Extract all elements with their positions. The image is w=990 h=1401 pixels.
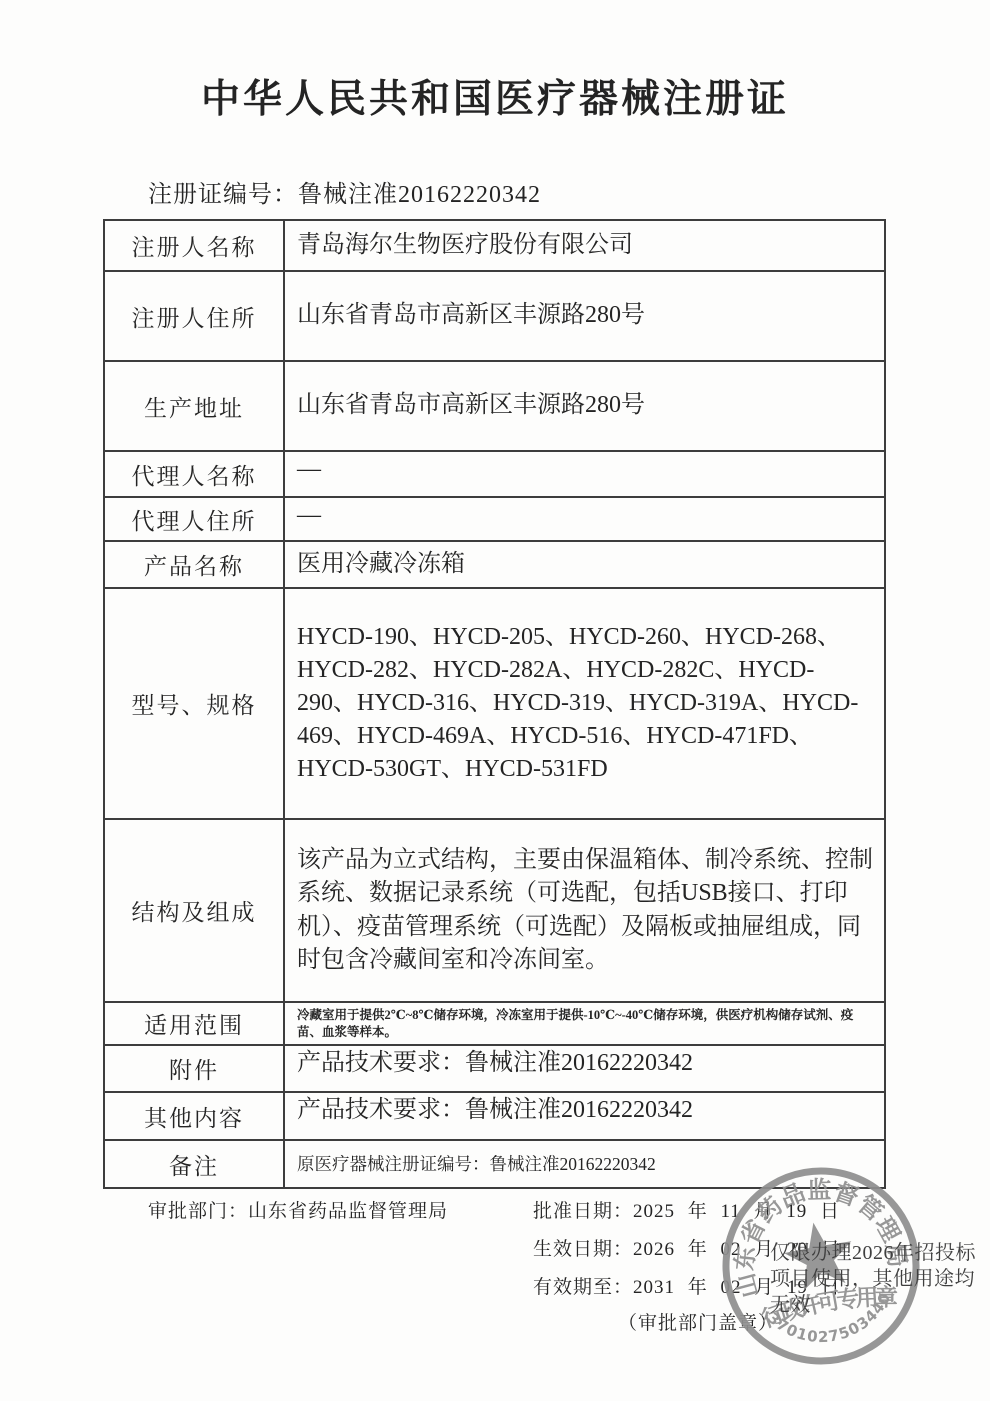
row-value: 医用冷藏冷冻箱 <box>285 542 884 587</box>
table-row-registrant-address: 注册人住所 山东省青岛市高新区丰源路280号 <box>105 272 884 362</box>
table-row-registrant-name: 注册人名称 青岛海尔生物医疗股份有限公司 <box>105 221 884 272</box>
row-label: 其他内容 <box>105 1093 285 1139</box>
table-row-scope: 适用范围 冷藏室用于提供2℃~8℃储存环境，冷冻室用于提供-10℃~-40℃储存… <box>105 1003 884 1046</box>
row-value: HYCD-190、HYCD-205、HYCD-260、HYCD-268、HYCD… <box>285 589 884 818</box>
table-row-agent-name: 代理人名称 — <box>105 452 884 498</box>
row-label: 产品名称 <box>105 542 285 587</box>
approval-department-value: 山东省药品监督管理局 <box>248 1201 448 1222</box>
row-label: 适用范围 <box>105 1003 285 1044</box>
row-value: 青岛海尔生物医疗股份有限公司 <box>285 221 884 270</box>
row-label: 结构及组成 <box>105 820 285 1001</box>
row-label: 生产地址 <box>105 362 285 450</box>
row-label: 备注 <box>105 1141 285 1187</box>
approval-department-label: 审批部门： <box>148 1201 248 1222</box>
table-row-attachment: 附件 产品技术要求：鲁械注准20162220342 <box>105 1046 884 1093</box>
approval-date-label: 批准日期： <box>533 1201 633 1222</box>
certificate-table: 注册人名称 青岛海尔生物医疗股份有限公司 注册人住所 山东省青岛市高新区丰源路2… <box>103 219 886 1189</box>
page-title: 中华人民共和国医疗器械注册证 <box>0 68 990 124</box>
usage-restriction-overlay: 仅限办理2026年招投标项目使用，其他用途均无效 <box>770 1240 990 1318</box>
row-value: 产品技术要求：鲁械注准20162220342 <box>285 1046 884 1091</box>
table-row-model-spec: 型号、规格 HYCD-190、HYCD-205、HYCD-260、HYCD-26… <box>105 589 884 820</box>
row-label: 注册人名称 <box>105 221 285 270</box>
effective-date-label: 生效日期： <box>533 1239 633 1260</box>
certificate-number-label: 注册证编号： <box>148 182 298 208</box>
row-value: 山东省青岛市高新区丰源路280号 <box>285 272 884 360</box>
row-label: 代理人住所 <box>105 498 285 540</box>
row-label: 型号、规格 <box>105 589 285 818</box>
expiry-date-label: 有效期至： <box>533 1277 633 1298</box>
row-value: 山东省青岛市高新区丰源路280号 <box>285 362 884 450</box>
certificate-number-line: 注册证编号：鲁械注准20162220342 <box>148 174 541 209</box>
approval-department-line: 审批部门：山东省药品监督管理局 <box>148 1196 448 1223</box>
row-value: — <box>285 498 884 540</box>
row-label: 代理人名称 <box>105 452 285 496</box>
table-row-product-name: 产品名称 医用冷藏冷冻箱 <box>105 542 884 589</box>
table-row-structure: 结构及组成 该产品为立式结构，主要由保温箱体、制冷系统、控制系统、数据记录系统（… <box>105 820 884 1003</box>
certificate-page: 中华人民共和国医疗器械注册证 注册证编号：鲁械注准20162220342 注册人… <box>0 0 990 1401</box>
table-row-agent-address: 代理人住所 — <box>105 498 884 542</box>
certificate-number-value: 鲁械注准20162220342 <box>298 182 541 208</box>
row-label: 注册人住所 <box>105 272 285 360</box>
row-value: — <box>285 452 884 496</box>
row-value: 该产品为立式结构，主要由保温箱体、制冷系统、控制系统、数据记录系统（可选配，包括… <box>285 820 884 1001</box>
table-row-other-content: 其他内容 产品技术要求：鲁械注准20162220342 <box>105 1093 884 1141</box>
table-row-production-address: 生产地址 山东省青岛市高新区丰源路280号 <box>105 362 884 452</box>
row-value: 产品技术要求：鲁械注准20162220342 <box>285 1093 884 1139</box>
row-label: 附件 <box>105 1046 285 1091</box>
row-value: 冷藏室用于提供2℃~8℃储存环境，冷冻室用于提供-10℃~-40℃储存环境，供医… <box>285 1003 884 1044</box>
